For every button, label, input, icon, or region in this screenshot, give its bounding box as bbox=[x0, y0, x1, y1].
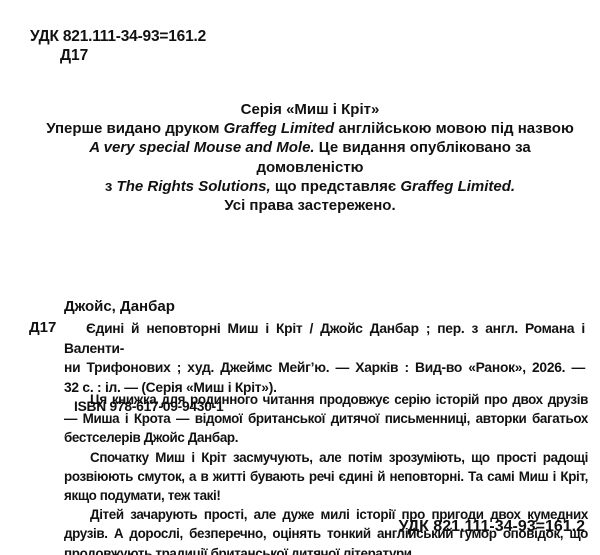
rights-reserved: Усі права застережено. bbox=[40, 196, 580, 215]
publisher-name-2: Graffeg Limited. bbox=[400, 178, 515, 195]
imprint-block: Серія «Миш і Кріт» Уперше видано друком … bbox=[40, 100, 580, 215]
agency-name: The Rights Solutions, bbox=[117, 178, 271, 195]
description-line-1: Єдині й неповторні Миш і Кріт / Джойс Да… bbox=[64, 319, 585, 358]
imprint-line-original-edition: Уперше видано друком Graffeg Limited анг… bbox=[40, 119, 580, 138]
series-title: Серія «Миш і Кріт» bbox=[40, 100, 580, 119]
catalog-author: Джойс, Данбар bbox=[64, 298, 175, 315]
catalog-author-mark: Д17 bbox=[29, 319, 56, 336]
annotation-paragraph: Спочатку Миш і Кріт засмучують, але поті… bbox=[64, 448, 588, 506]
author-mark-top: Д17 bbox=[60, 47, 88, 65]
description-line-2: ни Трифонових ; худ. Джеймс Мейг’ю. — Ха… bbox=[64, 358, 585, 378]
publisher-name: Graffeg Limited bbox=[224, 120, 335, 137]
udk-classification-top: УДК 821.111-34-93=161.2 bbox=[30, 28, 206, 46]
imprint-line-agency: з The Rights Solutions, що представляє G… bbox=[40, 177, 580, 196]
imprint-line-original-title: A very special Mouse and Mole. Це виданн… bbox=[40, 138, 580, 176]
udk-classification-bottom: УДК 821.111-34-93=161.2 bbox=[399, 518, 585, 536]
annotation-paragraph: Ця книжка для родинного читання продовжу… bbox=[64, 390, 588, 448]
original-title: A very special Mouse and Mole. bbox=[89, 139, 314, 156]
